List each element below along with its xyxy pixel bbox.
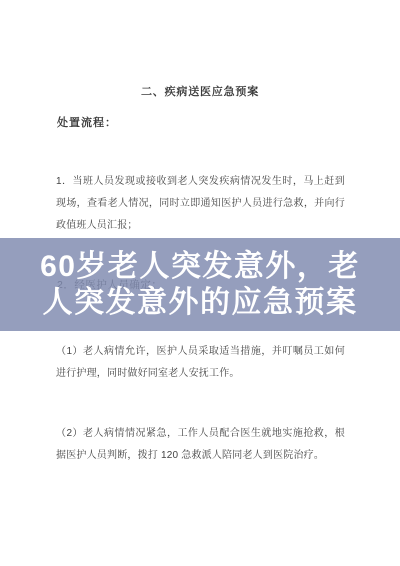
banner-title-line: 人突发意外的应急预案 [43,285,358,321]
paragraph-line: 现场，查看老人情况，同时立即通知医护人员进行急救，并向行 [56,193,345,215]
overlay-title-banner: 60岁老人突发意外，老 人突发意外的应急预案 [0,238,400,331]
paragraph-2: （1）老人病情允许，医护人员采取适当措施，并叮嘱员工如何 进行护理，同时做好同室… [56,341,345,385]
page-title: 二、疾病送医应急预案 [0,83,400,99]
paragraph-line: （1）老人病情允许，医护人员采取适当措施，并叮嘱员工如何 [56,341,345,363]
paragraph-line: 据医护人员判断，拨打 120 急救派人陪同老人到医院治疗。 [56,445,345,467]
paragraph-3: （2）老人病情情况紧急，工作人员配合医生就地实施抢救，根 据医护人员判断，拨打 … [56,423,345,467]
paragraph-line: 1．当班人员发现或接收到老人突发疾病情况发生时，马上赶到 [56,171,345,193]
paragraph-1: 1．当班人员发现或接收到老人突发疾病情况发生时，马上赶到 现场，查看老人情况，同… [56,171,345,237]
banner-title-line: 60岁老人突发意外，老 [40,249,360,285]
paragraph-line: 政值班人员汇报； [56,215,345,237]
paragraph-line: 进行护理，同时做好同室老人安抚工作。 [56,363,345,385]
document-page: 二、疾病送医应急预案 处置流程： 1．当班人员发现或接收到老人突发疾病情况发生时… [0,0,400,566]
paragraph-line: （2）老人病情情况紧急，工作人员配合医生就地实施抢救，根 [56,423,345,445]
section-label: 处置流程： [57,114,117,130]
